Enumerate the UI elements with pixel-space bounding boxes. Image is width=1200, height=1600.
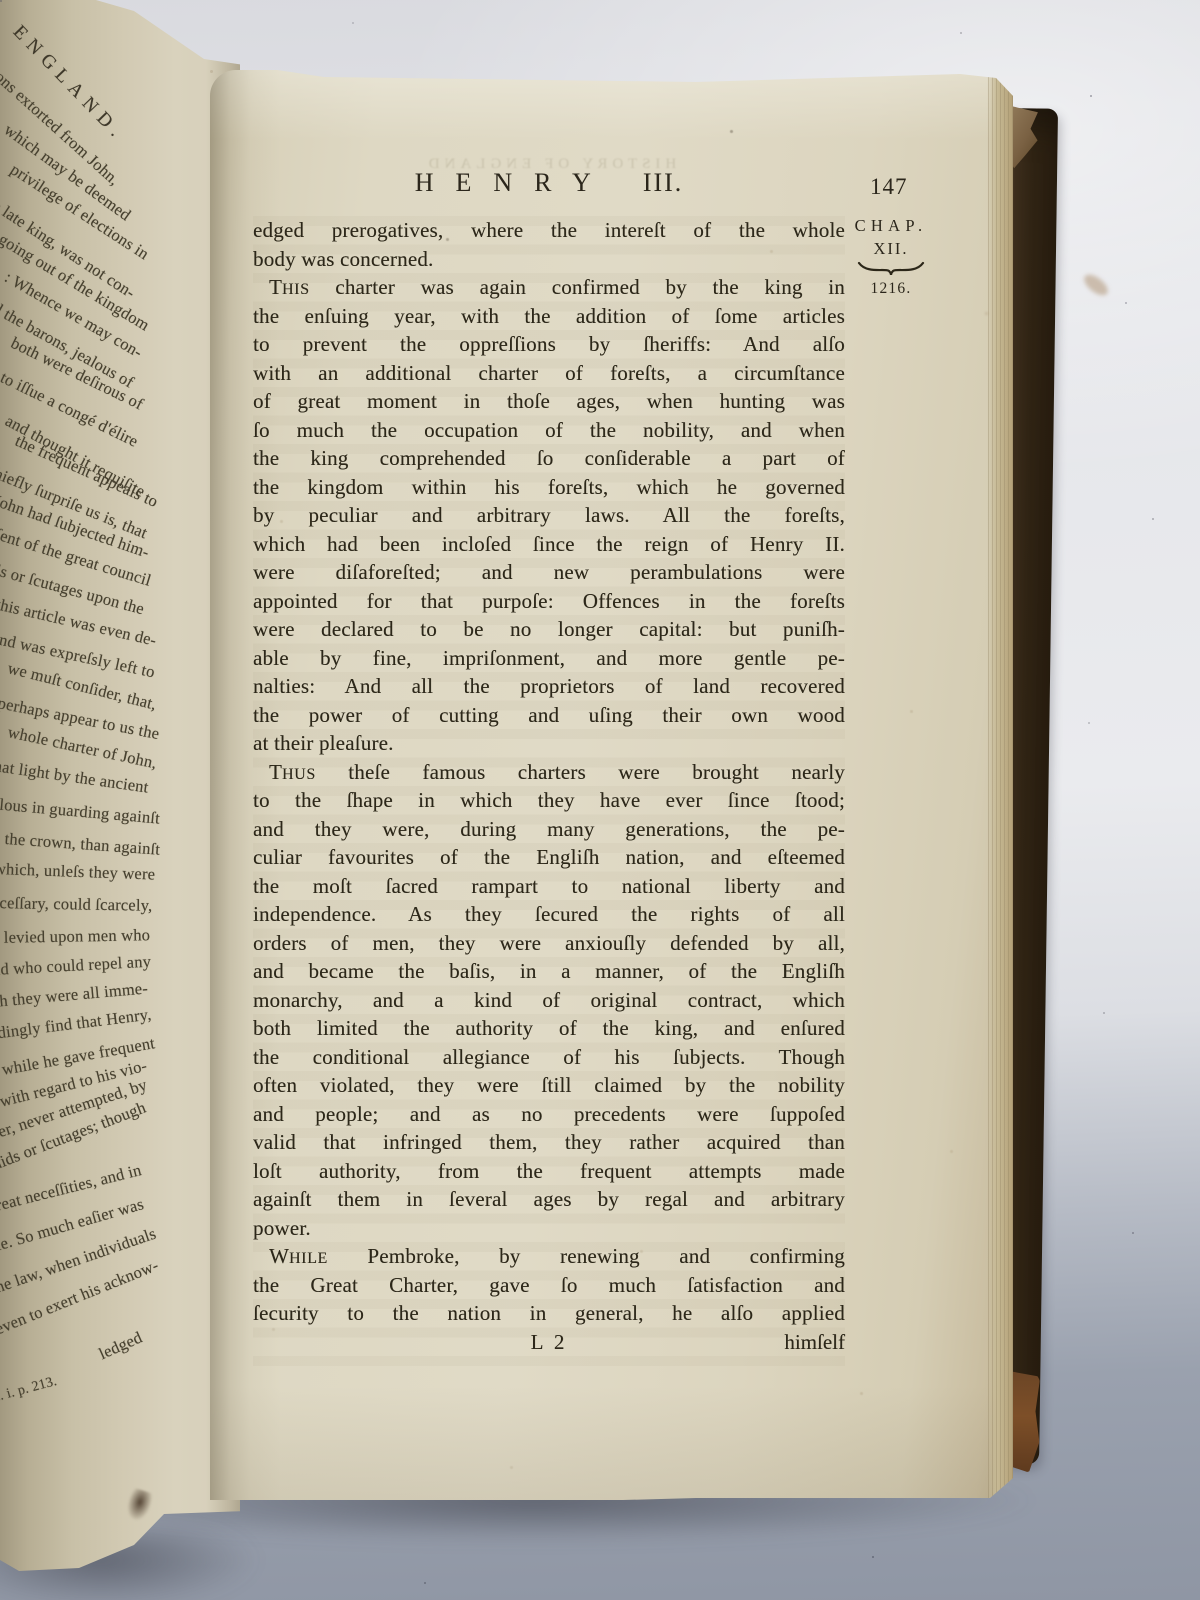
text-line: the power of cutting and uſing their own… (253, 701, 845, 730)
text-line: were diſaforeſted; and new perambulation… (253, 558, 845, 587)
catchword: himſelf (784, 1328, 845, 1357)
lead-smallcaps: HILE (289, 1250, 328, 1267)
text-line: edged prerogatives, where the intereſt o… (253, 216, 845, 245)
running-head: HENRYIII. (253, 168, 845, 198)
page-edges (987, 70, 1013, 1500)
text-line: loſt authority, from the frequent attemp… (253, 1157, 845, 1186)
text-line: WHILE Pembroke, by renewing and confirmi… (253, 1242, 845, 1271)
text-line: with an additional charter of foreſts, a… (253, 359, 845, 388)
left-page-catchword: ledged (96, 1327, 145, 1364)
lead-smallcaps: HUS (282, 766, 316, 783)
body-lines: edged prerogatives, where the intereſt o… (253, 216, 845, 1328)
text-line: able by fine, impriſonment, and more gen… (253, 644, 845, 673)
text-line: to the ſhape in which they have ever ſin… (253, 786, 845, 815)
left-page-text-line: nd who could repel any (0, 952, 152, 980)
text-line: appointed for that purpoſe: Offences in … (253, 587, 845, 616)
margin-chapter-label: CHAP. (848, 216, 934, 236)
margin-chapter-number: XII. (848, 239, 934, 259)
text-line: both limited the authority of the king, … (253, 1014, 845, 1043)
lead-capital: T (269, 760, 282, 784)
text-line: often violated, they were ſtill claimed … (253, 1071, 845, 1100)
photo-background: ENGLAND. tions extorted from John,which … (0, 0, 1200, 1600)
text-line: againſt them in ſeveral ages by regal an… (253, 1185, 845, 1214)
text-line: the kingdom within his foreſts, which he… (253, 473, 845, 502)
text-line: and they were, during many generations, … (253, 815, 845, 844)
text-line: body was concerned. (253, 245, 845, 274)
text-line: the conditional allegiance of his ſubjec… (253, 1043, 845, 1072)
text-line: THUS theſe famous charters were brought … (253, 758, 845, 787)
left-page-text-line: alous in guarding againſt (0, 794, 161, 829)
signature-mark: L 2 (253, 1328, 845, 1357)
left-page-text-line: eceſſary, could ſcarcely, (0, 893, 153, 916)
lead-capital: T (269, 275, 282, 299)
running-head-numeral: III. (643, 168, 683, 197)
text-line: were declared to be no longer capital: b… (253, 615, 845, 644)
text-line: valid that infringed them, they rather a… (253, 1128, 845, 1157)
text-line: the moſt ſacred rampart to national libe… (253, 872, 845, 901)
page-footer: L 2 himſelf (253, 1328, 845, 1357)
margin-note: CHAP. XII. 1216. (848, 216, 934, 298)
text-line: which had been incloſed ſince the reign … (253, 530, 845, 559)
left-page-text-line: n the crown, than againſt (0, 828, 161, 860)
text-line: and people; and as no precedents were ſu… (253, 1100, 845, 1129)
text-line: the Great Charter, gave ſo much ſatisfac… (253, 1271, 845, 1300)
text-line: ſo much the occupation of the nobility, … (253, 416, 845, 445)
lead-capital: W (269, 1244, 289, 1268)
text-line: culiar favourites of the Engliſh nation,… (253, 843, 845, 872)
left-page-curl: ENGLAND. tions extorted from John,which … (0, 0, 240, 1600)
margin-year: 1216. (848, 280, 934, 298)
left-page-footnote: l. i. p. 213. (0, 1374, 59, 1406)
text-line: the king comprehended ſo conſiderable a … (253, 444, 845, 473)
text-line: independence. As they ſecured the rights… (253, 900, 845, 929)
body-text: edged prerogatives, where the intereſt o… (253, 216, 845, 1356)
running-head-title: HENRY (415, 168, 613, 197)
text-line: the enſuing year, with the addition of ſ… (253, 302, 845, 331)
margin-brace-icon (856, 261, 926, 277)
text-line: orders of men, they were anxiouſly defen… (253, 929, 845, 958)
text-line: and became the baſis, in a manner, of th… (253, 957, 845, 986)
text-line: ſecurity to the nation in general, he al… (253, 1299, 845, 1328)
page-number: 147 (870, 174, 950, 200)
text-line: at their pleaſure. (253, 729, 845, 758)
right-page: HISTORY OF ENGLAND HENRYIII. 147 CHAP. X… (210, 70, 1013, 1500)
text-line: by peculiar and arbitrary laws. All the … (253, 501, 845, 530)
text-line: THIS charter was again confirmed by the … (253, 273, 845, 302)
text-line: of great moment in thoſe ages, when hunt… (253, 387, 845, 416)
text-line: power. (253, 1214, 845, 1243)
left-page-text-line: which, unleſs they were (0, 859, 156, 885)
text-line: nalties: And all the proprietors of land… (253, 672, 845, 701)
text-line: to prevent the oppreſſions by ſheriffs: … (253, 330, 845, 359)
text-line: monarchy, and a kind of original contrac… (253, 986, 845, 1015)
left-page-text-line: e levied upon men who (0, 925, 150, 948)
lead-smallcaps: HIS (282, 281, 310, 298)
backdrop-smudge (1081, 271, 1112, 299)
